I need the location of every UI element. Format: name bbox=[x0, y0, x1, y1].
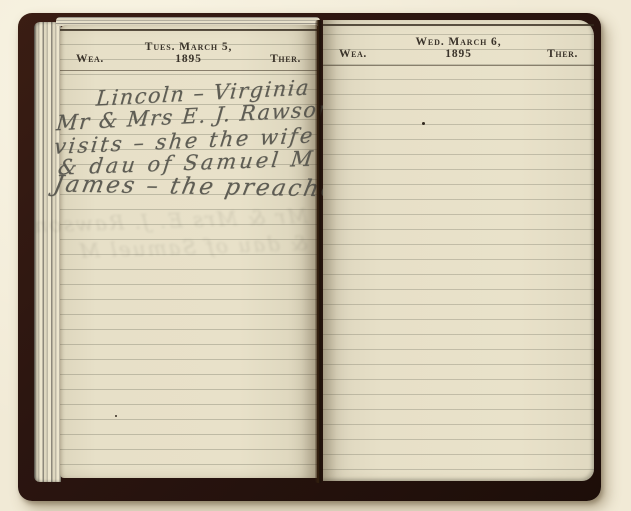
ink-speck bbox=[115, 415, 117, 417]
ink-bleed-through: Mr & Mrs E. J. Rawson & dau of Samuel M bbox=[68, 207, 308, 261]
entry-line: James – the preacher bbox=[52, 171, 354, 202]
diary-cover: Wea. Tues. March 5, 1895 Ther. Lincoln –… bbox=[18, 13, 601, 501]
book-spine bbox=[315, 20, 323, 483]
thermometer-label: Ther. bbox=[239, 53, 301, 65]
thermometer-label: Ther. bbox=[516, 48, 578, 60]
weather-label: Wea. bbox=[76, 53, 138, 65]
page-edges-left bbox=[34, 22, 61, 482]
diary-page-right: Wea. Wed. March 6, 1895 Ther. bbox=[323, 20, 594, 481]
diary-page-left: Wea. Tues. March 5, 1895 Ther. Lincoln –… bbox=[60, 25, 317, 478]
weather-label: Wea. bbox=[339, 48, 401, 60]
page-header-right: Wea. Wed. March 6, 1895 Ther. bbox=[323, 20, 594, 66]
page-date: Wed. March 6, 1895 bbox=[401, 36, 516, 60]
page-date: Tues. March 5, 1895 bbox=[138, 41, 239, 65]
ink-speck bbox=[422, 122, 425, 125]
page-header-left: Wea. Tues. March 5, 1895 Ther. bbox=[60, 25, 317, 71]
diary-scan: Wea. Tues. March 5, 1895 Ther. Lincoln –… bbox=[0, 0, 631, 511]
